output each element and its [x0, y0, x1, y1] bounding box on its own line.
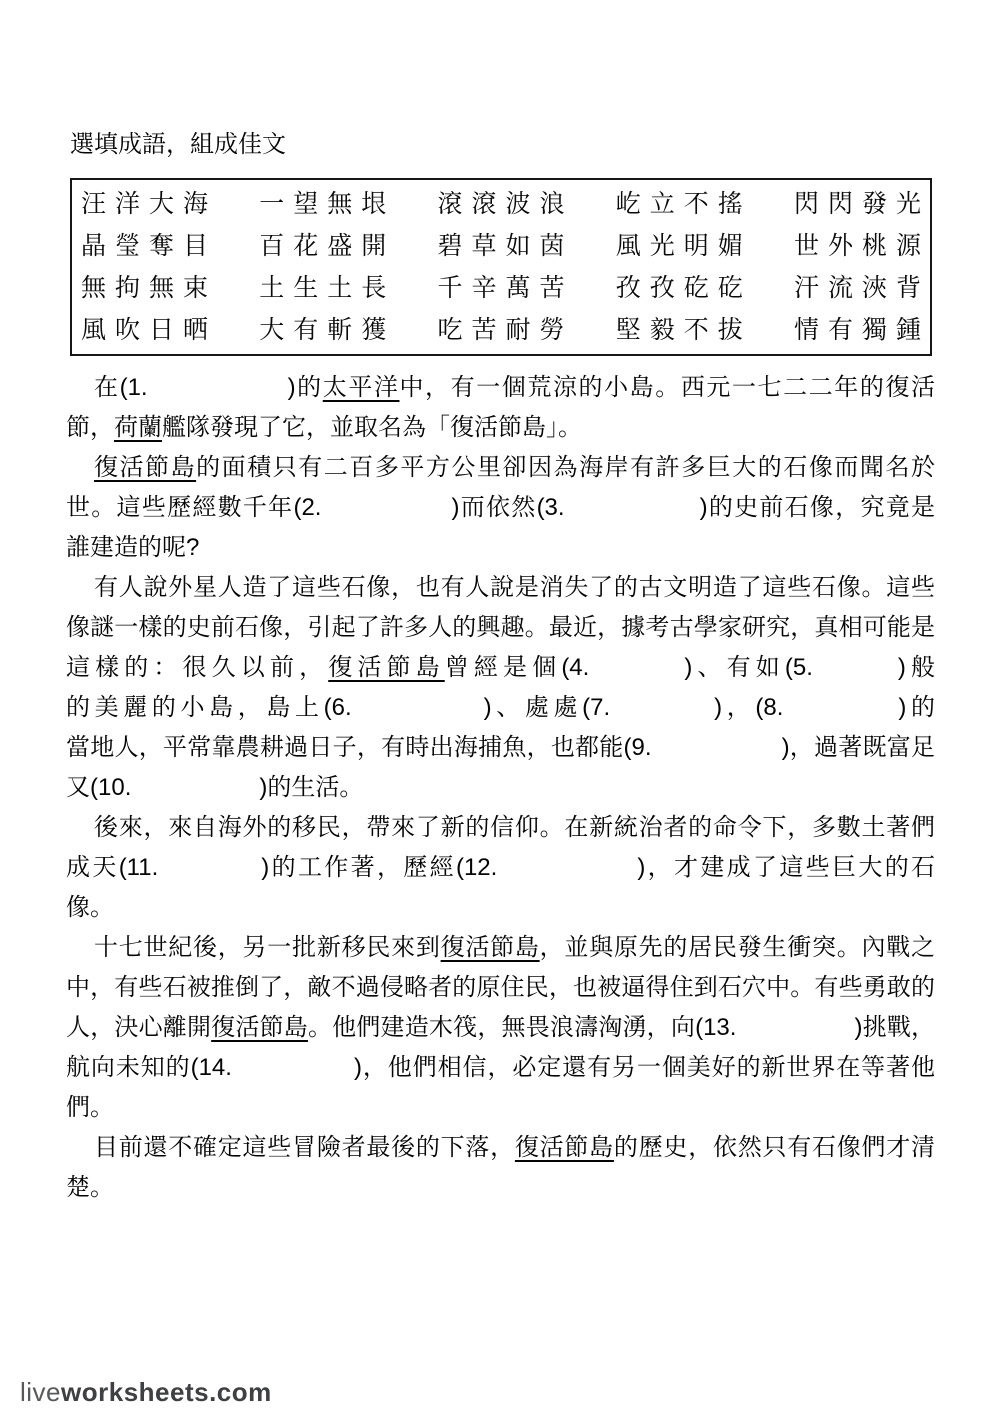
worksheet-page: 選填成語，組成佳文 汪洋大海一望無垠滾滾波浪屹立不搖閃閃發光晶瑩奪目百花盛開碧草…: [0, 0, 1000, 1413]
text-run: 中，有些石被推倒了，敵不過侵略者的原住民，也被逼得住到石穴中。有些勇敢的: [66, 974, 935, 1001]
blank-open-paren: (2.: [293, 494, 321, 521]
text-run: 而依然: [459, 494, 536, 521]
text-run: 的史前石像，究竟是: [708, 494, 935, 521]
blank-write-area[interactable]: [321, 514, 451, 515]
passage-line: 後來，來自海外的移民，帶來了新的信仰。在新統治者的命令下，多數土著們: [66, 808, 935, 848]
blank-write-area[interactable]: [148, 394, 288, 395]
idiom-option: 汪洋大海: [81, 183, 217, 225]
blank-write-area[interactable]: [352, 714, 484, 715]
worksheet-title: 選填成語，組成佳文: [70, 131, 286, 159]
passage-line: 當地人，平常靠農耕過日子，有時出海捕魚，也都能(9.)，過著既富足: [66, 728, 935, 768]
passage-line: 誰建造的呢?: [66, 528, 935, 568]
text-run: 目前還不確定這些冒險者最後的下落，: [94, 1134, 515, 1161]
text-run: 像。: [66, 894, 114, 921]
text-run: 當地人，平常靠農耕過日子，有時出海捕魚，也都能: [66, 734, 624, 761]
text-run: 又: [66, 774, 90, 801]
idiom-row: 汪洋大海一望無垠滾滾波浪屹立不搖閃閃發光: [81, 183, 921, 225]
blank-write-area[interactable]: [813, 674, 898, 675]
passage-line: 在(1.)的太平洋中，有一個荒涼的小島。西元一七二二年的復活: [66, 368, 935, 408]
text-run: 後來，來自海外的移民，帶來了新的信仰。在新統治者的命令下，多數土著們: [94, 814, 935, 841]
idiom-option: 滾滾波浪: [437, 183, 573, 225]
answer-blank-3[interactable]: (3.): [537, 494, 708, 521]
blank-write-area[interactable]: [497, 874, 637, 875]
blank-open-paren: (9.: [624, 734, 652, 761]
blank-close-paren: ): [484, 694, 492, 721]
blank-open-paren: (1.: [120, 374, 148, 401]
text-run: 中，有一個荒涼的小島。西元一七二二年的復活: [399, 374, 935, 401]
underlined-term: 太平洋: [323, 374, 400, 401]
blank-open-paren: (7.: [582, 694, 610, 721]
blank-open-paren: (11.: [119, 854, 159, 881]
answer-blank-12[interactable]: (12.): [456, 854, 645, 881]
blank-write-area[interactable]: [736, 1034, 854, 1035]
passage-line: 成天(11.)的工作著，歷經(12.)，才建成了這些巨大的石: [66, 848, 935, 888]
idiom-option: 世外桃源: [794, 225, 930, 267]
blank-write-area[interactable]: [232, 1074, 354, 1075]
text-run: 這樣的：很久以前，: [66, 654, 328, 681]
text-run: 人，決心離開: [66, 1014, 211, 1041]
answer-blank-13[interactable]: (13.): [695, 1014, 862, 1041]
text-run: 誰建造的呢?: [66, 534, 199, 561]
text-run: 航向未知的: [66, 1054, 191, 1081]
passage-line: 像。: [66, 888, 935, 928]
underlined-term: 復活節島: [515, 1134, 614, 1161]
blank-write-area[interactable]: [783, 714, 898, 715]
text-run: 的面積只有二百多平方公里卻因為海岸有許多巨大的石像而聞名於: [196, 454, 935, 481]
idiom-option: 堅毅不拔: [616, 309, 752, 351]
blank-write-area[interactable]: [610, 714, 714, 715]
passage-line: 人，決心離開復活節島。他們建造木筏，無畏浪濤洶湧，向(13.)挑戰，: [66, 1008, 935, 1048]
answer-blank-2[interactable]: (2.): [293, 494, 459, 521]
underlined-term: 復活節島: [94, 454, 196, 481]
passage-line: 節，荷蘭艦隊發現了它，並取名為「復活節島」。: [66, 408, 935, 448]
text-run: 世。這些歷經數千年: [66, 494, 293, 521]
text-run: ，他們相信，必定還有另一個美好的新世界在等著他: [362, 1054, 935, 1081]
answer-blank-7[interactable]: (7.): [582, 694, 722, 721]
passage-line: 航向未知的(14.)，他們相信，必定還有另一個美好的新世界在等著他: [66, 1048, 935, 1088]
blank-open-paren: (13.: [695, 1014, 736, 1041]
answer-blank-9[interactable]: (9.): [624, 734, 790, 761]
answer-blank-14[interactable]: (14.): [191, 1054, 362, 1081]
idiom-option: 吃苦耐勞: [437, 309, 573, 351]
text-run: 般: [906, 654, 935, 681]
blank-open-paren: (5.: [785, 654, 813, 681]
text-run: 、處處: [492, 694, 583, 721]
blank-open-paren: (3.: [537, 494, 565, 521]
text-run: ，才建成了這些巨大的石: [645, 854, 935, 881]
blank-write-area[interactable]: [565, 514, 700, 515]
blank-close-paren: ): [354, 1054, 362, 1081]
idiom-option: 大有斬獲: [259, 309, 395, 351]
blank-open-paren: (12.: [456, 854, 497, 881]
passage-line: 們。: [66, 1088, 935, 1128]
text-run: ，: [722, 694, 755, 721]
blank-open-paren: (14.: [191, 1054, 232, 1081]
answer-blank-1[interactable]: (1.): [120, 374, 296, 401]
blank-open-paren: (10.: [90, 774, 131, 801]
underlined-term: 復活節島: [211, 1014, 308, 1041]
blank-write-area[interactable]: [131, 794, 259, 795]
idiom-option: 風光明媚: [616, 225, 752, 267]
text-run: 楚。: [66, 1174, 114, 1201]
text-run: 。他們建造木筏，無畏浪濤洶湧，向: [308, 1014, 695, 1041]
answer-blank-8[interactable]: (8.): [755, 694, 906, 721]
blank-open-paren: (4.: [561, 654, 589, 681]
passage-line: 世。這些歷經數千年(2.)而依然(3.)的史前石像，究竟是: [66, 488, 935, 528]
text-run: 的工作著，歷經: [269, 854, 456, 881]
text-run: 們。: [66, 1094, 114, 1121]
footer-brand[interactable]: liveworksheets.com: [20, 1377, 272, 1408]
passage-line: 的美麗的小島，島上(6.)、處處(7.)，(8.)的: [66, 688, 935, 728]
answer-blank-10[interactable]: (10.): [90, 774, 267, 801]
text-run: ，過著既富足: [790, 734, 935, 761]
text-run: 的歷史，依然只有石像們才清: [614, 1134, 935, 1161]
blank-write-area[interactable]: [589, 674, 684, 675]
blank-close-paren: ): [700, 494, 708, 521]
blank-write-area[interactable]: [652, 754, 782, 755]
text-run: 的美麗的小島，島上: [66, 694, 324, 721]
idiom-option: 一望無垠: [259, 183, 395, 225]
passage-line: 又(10.)的生活。: [66, 768, 935, 808]
answer-blank-11[interactable]: (11.): [119, 854, 270, 881]
blank-close-paren: ): [782, 734, 790, 761]
idiom-row: 無拘無束土生土長千辛萬苦孜孜矻矻汗流浹背: [81, 267, 921, 309]
answer-blank-6[interactable]: (6.): [324, 694, 492, 721]
idiom-option: 孜孜矻矻: [616, 267, 752, 309]
text-run: 的: [906, 694, 935, 721]
passage: 在(1.)的太平洋中，有一個荒涼的小島。西元一七二二年的復活節，荷蘭艦隊發現了它…: [66, 368, 935, 1208]
blank-close-paren: ): [288, 374, 296, 401]
underlined-term: 復活節島: [328, 654, 445, 681]
blank-open-paren: (8.: [755, 694, 783, 721]
text-run: 在: [94, 374, 120, 401]
text-run: 曾經是個: [445, 654, 562, 681]
text-run: 挑戰，: [862, 1014, 935, 1041]
idiom-option: 土生土長: [259, 267, 395, 309]
footer-brand-bold: worksheets.com: [61, 1377, 272, 1407]
text-run: 節，: [66, 414, 114, 441]
idiom-option: 風吹日晒: [81, 309, 217, 351]
text-run: 、有如: [692, 654, 785, 681]
passage-line: 中，有些石被推倒了，敵不過侵略者的原住民，也被逼得住到石穴中。有些勇敢的: [66, 968, 935, 1008]
underlined-term: 荷蘭: [114, 414, 162, 441]
passage-line: 十七世紀後，另一批新移民來到復活節島，並與原先的居民發生衝突。內戰之: [66, 928, 935, 968]
text-run: 像謎一樣的史前石像，引起了許多人的興趣。最近，據考古學家研究，真相可能是: [66, 614, 935, 641]
text-run: 艦隊發現了它，並取名為「復活節島」。: [162, 414, 582, 441]
underlined-term: 復活節島: [441, 934, 540, 961]
blank-open-paren: (6.: [324, 694, 352, 721]
text-run: ，並與原先的居民發生衝突。內戰之: [540, 934, 935, 961]
idiom-word-bank: 汪洋大海一望無垠滾滾波浪屹立不搖閃閃發光晶瑩奪目百花盛開碧草如茵風光明媚世外桃源…: [70, 178, 932, 356]
idiom-option: 無拘無束: [81, 267, 217, 309]
idiom-option: 晶瑩奪目: [81, 225, 217, 267]
text-run: 的: [296, 374, 323, 401]
blank-close-paren: ): [714, 694, 722, 721]
passage-line: 像謎一樣的史前石像，引起了許多人的興趣。最近，據考古學家研究，真相可能是: [66, 608, 935, 648]
idiom-option: 情有獨鍾: [794, 309, 930, 351]
footer-brand-light: live: [20, 1377, 61, 1407]
idiom-option: 屹立不搖: [616, 183, 752, 225]
passage-line: 有人說外星人造了這些石像，也有人說是消失了的古文明造了這些石像。這些: [66, 568, 935, 608]
passage-line: 楚。: [66, 1168, 935, 1208]
idiom-option: 汗流浹背: [794, 267, 930, 309]
blank-write-area[interactable]: [158, 874, 261, 875]
idiom-row: 晶瑩奪目百花盛開碧草如茵風光明媚世外桃源: [81, 225, 921, 267]
idiom-option: 百花盛開: [259, 225, 395, 267]
passage-line: 目前還不確定這些冒險者最後的下落，復活節島的歷史，依然只有石像們才清: [66, 1128, 935, 1168]
idiom-option: 閃閃發光: [794, 183, 930, 225]
text-run: 成天: [66, 854, 119, 881]
answer-blank-5[interactable]: (5.): [785, 654, 906, 681]
idiom-row: 風吹日晒大有斬獲吃苦耐勞堅毅不拔情有獨鍾: [81, 309, 921, 351]
idiom-option: 碧草如茵: [437, 225, 573, 267]
text-run: 的生活。: [267, 774, 363, 801]
passage-line: 復活節島的面積只有二百多平方公里卻因為海岸有許多巨大的石像而聞名於: [66, 448, 935, 488]
idiom-option: 千辛萬苦: [437, 267, 573, 309]
answer-blank-4[interactable]: (4.): [561, 654, 692, 681]
text-run: 有人說外星人造了這些石像，也有人說是消失了的古文明造了這些石像。這些: [94, 574, 935, 601]
text-run: 十七世紀後，另一批新移民來到: [94, 934, 441, 961]
blank-close-paren: ): [898, 654, 906, 681]
passage-line: 這樣的：很久以前，復活節島曾經是個(4.)、有如(5.)般: [66, 648, 935, 688]
